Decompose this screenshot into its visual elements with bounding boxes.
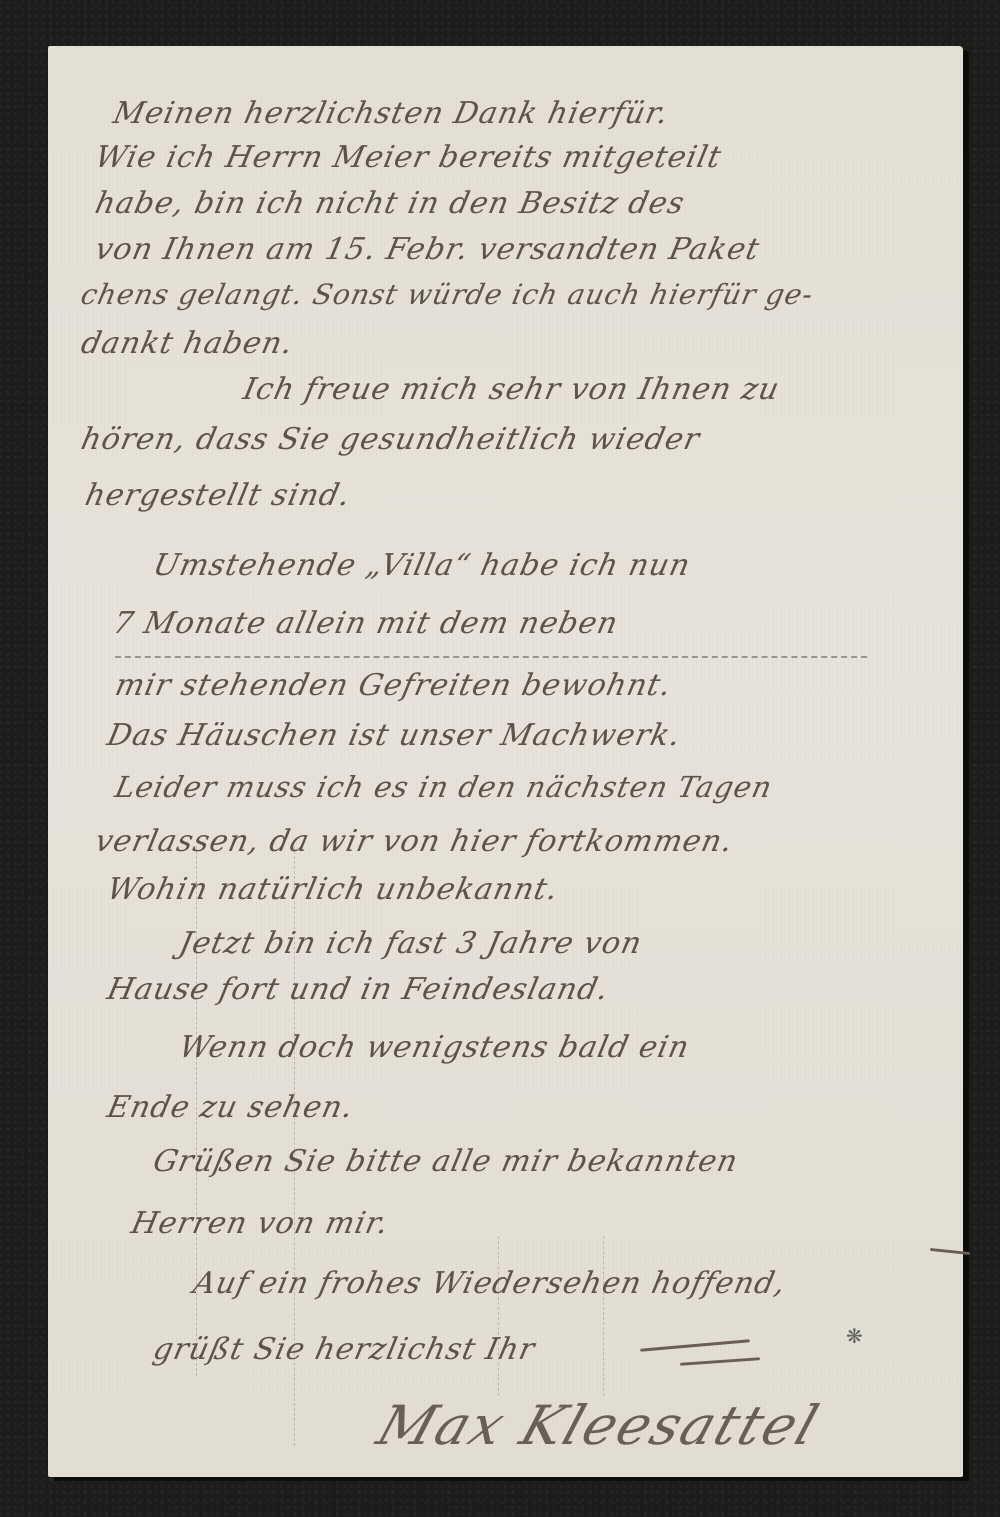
letter-line: 7 Monate allein mit dem neben [110,606,622,641]
printed-guide-line [498,1236,499,1396]
letter-line: Das Häuschen ist unser Machwerk. [104,718,684,753]
letter-line: Wohin natürlich unbekannt. [104,872,562,907]
letter-line: Grüßen Sie bitte alle mir bekannten [150,1144,741,1179]
letter-line: Ende zu sehen. [104,1090,357,1125]
letter-line: Ich freue mich sehr von Ihnen zu [240,372,783,407]
printed-dashed-rule [115,656,867,658]
letter-line: hören, dass Sie gesundheitlich wieder [78,422,703,457]
letter-line: Jetzt bin ich fast 3 Jahre von [176,926,645,961]
signature: Max Kleesattel [370,1394,828,1457]
letter-line: von Ihnen am 15. Febr. versandten Paket [92,232,763,267]
letter-line: verlassen, da wir von hier fortkommen. [92,824,736,859]
letter-line: Hause fort und in Feindesland. [104,972,612,1007]
letter-line: mir stehenden Gefreiten bewohnt. [112,668,675,703]
printed-guide-line [603,1236,604,1396]
star-ornament-icon: ❋ [846,1326,863,1346]
letter-line: Herren von mir. [128,1206,392,1241]
letter-line: chens gelangt. Sonst würde ich auch hier… [78,278,817,311]
letter-line: Wie ich Herrn Meier bereits mitgeteilt [92,140,725,175]
letter-line: grüßt Sie herzlichst Ihr [150,1332,538,1367]
letter-line: Leider muss ich es in den nächsten Tagen [112,770,776,804]
letter-line: hergestellt sind. [82,478,354,513]
letter-line: Meinen herzlichsten Dank hierfür. [110,96,672,131]
letter-line: Umstehende „Villa“ habe ich nun [150,548,694,583]
letter-line: Wenn doch wenigstens bald ein [176,1030,693,1065]
letter-line: habe, bin ich nicht in den Besitz des [92,186,688,221]
letter-line: dankt haben. [78,326,297,361]
letter-line: Auf ein frohes Wiedersehen hoffend, [190,1266,789,1301]
